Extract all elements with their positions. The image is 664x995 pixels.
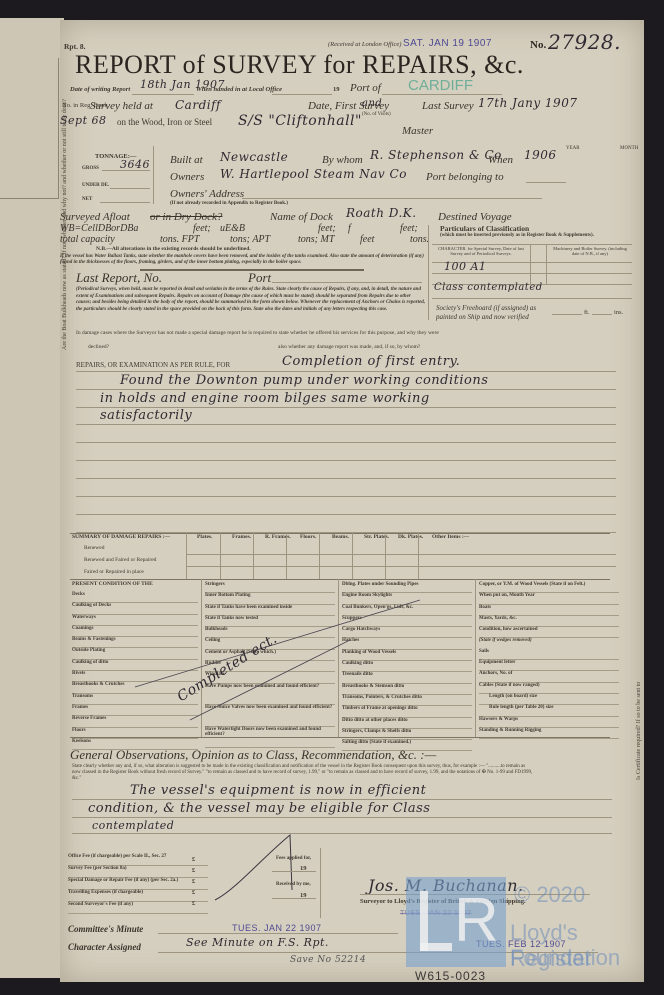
- character-assigned-label: Character Assigned: [68, 942, 141, 952]
- underlying-page: [0, 18, 64, 978]
- observations-line-3: contemplated: [92, 819, 174, 832]
- fees-list: Office Fee (if chargeable) per Scale II.…: [68, 854, 208, 914]
- currency-symbol: £: [192, 856, 195, 863]
- fee-item: Office Fee (if chargeable) per Scale II.…: [68, 854, 208, 866]
- currency-symbol: £: [192, 889, 195, 896]
- observations-instructions: State clearly whether any and, if so, wh…: [72, 764, 534, 782]
- lr-logo: R: [406, 877, 506, 967]
- lr-logo-letter: R: [454, 885, 499, 956]
- committee-minute-stamp: TUES. JAN 22 1907: [232, 923, 322, 933]
- currency-symbol: £: [192, 900, 195, 907]
- survey-report-page: Are the Boat Bulkheads now as stated? If…: [60, 20, 644, 982]
- underlying-page-box: [0, 58, 59, 199]
- observations-line-1: The vessel's equipment is now in efficie…: [130, 783, 426, 798]
- diagonal-strike-lines: [60, 20, 644, 982]
- committee-minute-label: Committee's Minute: [68, 924, 143, 934]
- year-suffix: 19: [300, 892, 307, 899]
- observations-line-2: condition, & the vessel may be eligible …: [88, 801, 430, 816]
- reference-code: W615-0023: [415, 969, 486, 983]
- save-note: Save No 52214: [290, 955, 366, 965]
- fee-item: Special Damage or Repair Fee (if any) (p…: [68, 878, 208, 890]
- observations-title: General Observations, Opinion as to Clas…: [70, 747, 436, 763]
- year-suffix: 19: [300, 865, 307, 872]
- watermark-org-line2: Foundation: [510, 945, 620, 971]
- currency-symbol: £: [192, 867, 195, 874]
- fees-received-label: Received by me,: [276, 882, 311, 887]
- fee-item: Survey Fee (per Section 8a): [68, 866, 208, 878]
- watermark-copyright: © 2020: [514, 882, 585, 908]
- fee-item: Travelling Expenses (if chargeable): [68, 890, 208, 902]
- fees-applied-label: Fees applied for,: [276, 856, 311, 861]
- fee-item: Second Surveyor's Fee (if any): [68, 902, 208, 914]
- currency-symbol: £: [192, 878, 195, 885]
- character-assigned-value: See Minute on F.S. Rpt.: [186, 936, 329, 949]
